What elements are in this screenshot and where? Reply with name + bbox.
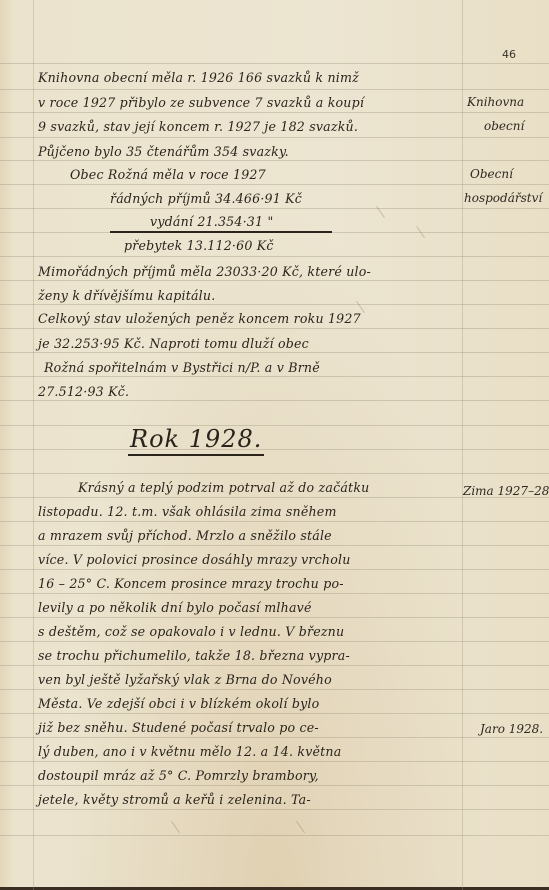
right-margin-line — [462, 0, 463, 890]
margin-note-knihovna: Knihovna — [467, 95, 524, 109]
left-margin-line — [33, 0, 34, 890]
text-line: dostoupil mráz až 5° C. Pomrzly brambory… — [38, 768, 319, 783]
surplus-line: přebytek 13.112·60 Kč — [124, 238, 274, 253]
ledger-page: 46 Knihovna obecní měla r. 1926 166 svaz… — [0, 0, 549, 890]
text-line: Města. Ve zdejší obci i v blízkém okolí … — [38, 696, 319, 711]
text-line: Rožná spořitelnám v Bystřici n/P. a v Br… — [44, 360, 320, 375]
text-line: 27.512·93 Kč. — [38, 384, 129, 399]
text-line: Půjčeno bylo 35 čtenářům 354 svazky. — [38, 144, 289, 159]
rule-line — [0, 63, 549, 64]
text-line: a mrazem svůj příchod. Mrzlo a sněžilo s… — [38, 528, 332, 543]
rule-line — [0, 304, 549, 305]
rule-line — [0, 545, 549, 546]
text-line: Knihovna obecní měla r. 1926 166 svazků … — [38, 70, 359, 85]
page-number: 46 — [502, 48, 516, 61]
rule-line — [0, 280, 549, 281]
text-line: s deštěm, což se opakovalo i v lednu. V … — [38, 624, 344, 639]
rule-line — [0, 376, 549, 377]
rule-line — [0, 208, 549, 209]
text-line: již bez sněhu. Studené počasí trvalo po … — [38, 720, 319, 735]
text-line: 9 svazků, stav její koncem r. 1927 je 18… — [38, 119, 358, 134]
rule-line — [0, 400, 549, 401]
rule-line — [0, 89, 549, 90]
text-line: ženy k dřívějšímu kapitálu. — [38, 288, 215, 303]
text-line: Celkový stav uložených peněz koncem roku… — [38, 311, 361, 326]
ink-bleed — [171, 821, 180, 833]
text-line: jetele, květy stromů a keřů i zelenina. … — [38, 792, 311, 807]
rule-line — [0, 593, 549, 594]
rule-line — [0, 617, 549, 618]
income-line: řádných příjmů 34.466·91 Kč — [110, 191, 302, 206]
rule-line — [0, 112, 549, 113]
rule-line — [0, 256, 549, 257]
rule-line — [0, 569, 549, 570]
rule-line — [0, 713, 549, 714]
year-heading: Rok 1928. — [128, 425, 264, 456]
sum-underline — [110, 231, 332, 233]
rule-line — [0, 809, 549, 810]
margin-note-jaro: Jaro 1928. — [480, 722, 543, 736]
text-line: v roce 1927 přibylo ze subvence 7 svazků… — [38, 95, 364, 110]
rule-line — [0, 352, 549, 353]
ink-bleed — [296, 821, 305, 833]
text-line: je 32.253·95 Kč. Naproti tomu dluží obec — [38, 336, 309, 351]
text-line: více. V polovici prosince dosáhly mrazy … — [38, 552, 351, 567]
text-line: Mimořádných příjmů měla 23033·20 Kč, kte… — [38, 264, 371, 279]
rule-line — [0, 160, 549, 161]
rule-line — [0, 641, 549, 642]
rule-line — [0, 449, 549, 450]
text-line: Obec Rožná měla v roce 1927 — [70, 167, 266, 182]
rule-line — [0, 785, 549, 786]
rule-line — [0, 521, 549, 522]
text-line: lý duben, ano i v květnu mělo 12. a 14. … — [38, 744, 341, 759]
expense-line: vydání 21.354·31 " — [150, 214, 273, 229]
text-line: se trochu přichumelilo, takže 18. března… — [38, 648, 350, 663]
rule-line — [0, 737, 549, 738]
margin-note-zima: Zima 1927–28. — [463, 484, 549, 498]
rule-line — [0, 184, 549, 185]
rule-line — [0, 328, 549, 329]
margin-note-obecni: obecní — [484, 119, 524, 133]
rule-line — [0, 761, 549, 762]
text-line: listopadu. 12. t.m. však ohlásila zima s… — [38, 504, 337, 519]
rule-line — [0, 137, 549, 138]
text-line: levily a po několik dní bylo počasí mlha… — [38, 600, 312, 615]
text-line: ven byl ještě lyžařský vlak z Brna do No… — [38, 672, 332, 687]
text-line: 16 – 25° C. Koncem prosince mrazy trochu… — [38, 576, 344, 591]
rule-line — [0, 835, 549, 836]
rule-line — [0, 665, 549, 666]
rule-line — [0, 473, 549, 474]
text-line: Krásný a teplý podzim potrval až do začá… — [78, 480, 369, 495]
margin-note-hospodarstvi: hospodářství — [464, 191, 542, 205]
rule-line — [0, 425, 549, 426]
margin-note-obecni-2: Obecní — [470, 167, 513, 181]
rule-line — [0, 689, 549, 690]
